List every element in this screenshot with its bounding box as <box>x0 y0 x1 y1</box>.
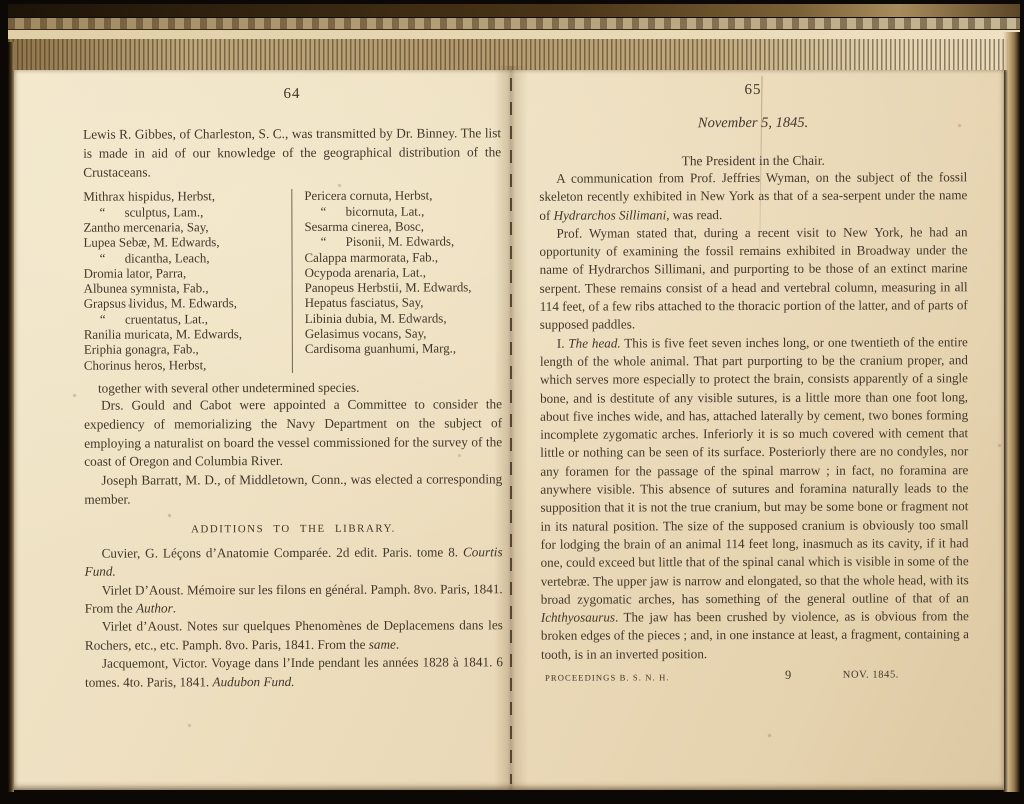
library-entry-text: Virlet d’Aoust. Notes sur quelques Pheno… <box>85 618 503 653</box>
species-item: “ dicantha, Leach, <box>84 251 292 267</box>
species-item: Sesarma cinerea, Bosc, <box>304 219 501 235</box>
member-paragraph: Joseph Barratt, M. D., of Middletown, Co… <box>84 470 502 509</box>
library-additions-heading: ADDITIONS TO THE LIBRARY. <box>84 522 502 535</box>
left-page-number: 64 <box>83 85 501 103</box>
head-description-paragraph: I. The head. This is five feet seven inc… <box>540 333 969 664</box>
wyman-statement-paragraph: Prof. Wyman stated that, during a recent… <box>539 223 967 334</box>
left-page: 64 Lewis R. Gibbes, of Charleston, S. C.… <box>83 85 503 691</box>
species-name-hydrarchos: Hydrarchos Sillimani <box>554 207 667 222</box>
species-item: Mithrax hispidus, Herbst, <box>83 189 291 205</box>
library-entry: Virlet D’Aoust. Mémoire sur les filons e… <box>85 580 503 618</box>
right-page: 65 November 5, 1845. The President in th… <box>539 81 969 685</box>
species-item: Cardisoma guanhumi, Marg., <box>305 342 502 358</box>
book-edge-left <box>8 42 14 792</box>
library-entry: Cuvier, G. Léçons d’Anatomie Comparée. 2… <box>85 543 503 581</box>
library-entry-fund: same <box>369 636 396 651</box>
library-entry: Jacquemont, Victor. Voyage dans l’Inde p… <box>85 653 503 691</box>
book-top-edge-dark <box>8 4 1020 18</box>
species-item: Gelasimus vocans, Say, <box>305 326 502 342</box>
book-spread: 64 Lewis R. Gibbes, of Charleston, S. C.… <box>8 4 1020 792</box>
library-entry-tail: . <box>173 600 176 615</box>
species-item: “ cruentatus, Lat., <box>84 312 292 328</box>
species-column-right: Pericera cornuta, Herbst, “ bicornuta, L… <box>291 189 502 373</box>
footer-date: NOV. 1845. <box>843 670 899 681</box>
species-item: Zantho mercenaria, Say, <box>83 220 291 236</box>
library-entry: Virlet d’Aoust. Notes sur quelques Pheno… <box>85 617 503 655</box>
meeting-date-heading: November 5, 1845. <box>539 114 967 132</box>
intro-paragraph: Lewis R. Gibbes, of Charleston, S. C., w… <box>83 124 501 182</box>
species-item: Lupea Sebæ, M. Edwards, <box>83 235 291 251</box>
species-item: “ Pisonii, M. Edwards, <box>304 235 501 251</box>
species-item: Dromia lator, Parra, <box>84 266 292 282</box>
book-fore-edge-right <box>1003 32 1020 792</box>
footer-proceedings-label: PROCEEDINGS B. S. N. H. <box>545 672 670 682</box>
species-item: Calappa marmorata, Fab., <box>305 250 502 266</box>
species-item: Chorinus heros, Herbst, <box>84 358 292 374</box>
library-entry-tail: . <box>396 636 399 651</box>
species-item: Grapsus lividus, M. Edwards, <box>84 296 292 312</box>
species-item: Ranilia muricata, M. Edwards, <box>84 327 292 343</box>
species-item: “ sculptus, Lam., <box>83 205 291 221</box>
library-entry-fund: Audubon Fund. <box>212 674 294 689</box>
footer-signature-number: 9 <box>785 668 791 683</box>
species-item: Ocypoda arenaria, Lat., <box>305 265 502 281</box>
library-entry-text: Cuvier, G. Léçons d’Anatomie Comparée. 2… <box>102 544 463 560</box>
species-item: Panopeus Herbstii, M. Edwards, <box>305 280 502 296</box>
species-column-left: Mithrax hispidus, Herbst, “ sculptus, La… <box>83 189 292 373</box>
book-gutter-fold-line <box>510 78 512 784</box>
species-list: Mithrax hispidus, Herbst, “ sculptus, La… <box>83 189 502 374</box>
species-item: Albunea symnista, Fab., <box>84 281 292 297</box>
page-footer: PROCEEDINGS B. S. N. H. 9 NOV. 1845. <box>541 667 969 684</box>
communication-paragraph: A communication from Prof. Jeffries Wyma… <box>539 168 967 224</box>
library-entries: Cuvier, G. Léçons d’Anatomie Comparée. 2… <box>85 543 504 692</box>
president-chair-line: The President in the Chair. <box>539 152 967 169</box>
species-item: Eriphia gonagra, Fab., <box>84 342 292 358</box>
head-description-text: This is five feet seven inches long, or … <box>540 334 969 607</box>
species-footer-line: together with several other undetermined… <box>84 379 502 396</box>
library-entry-fund: Author <box>136 600 173 615</box>
section-title-the-head: The head. <box>568 335 620 350</box>
section-numeral: I. <box>557 335 569 350</box>
right-page-number: 65 <box>539 81 967 99</box>
species-item: Hepatus fasciatus, Say, <box>305 296 502 312</box>
species-name-ichthyosaurus: Ichthyosaurus <box>541 610 615 625</box>
species-item: Pericera cornuta, Herbst, <box>304 189 501 205</box>
committee-paragraph: Drs. Gould and Cabot were appointed a Co… <box>84 395 502 472</box>
communication-tail: , was read. <box>666 207 722 222</box>
book-top-edge-light <box>8 30 1020 39</box>
book-top-edge-pages <box>8 18 1020 30</box>
species-item: Libinia dubia, M. Edwards, <box>305 311 502 327</box>
species-item: “ bicornuta, Lat., <box>304 204 501 220</box>
